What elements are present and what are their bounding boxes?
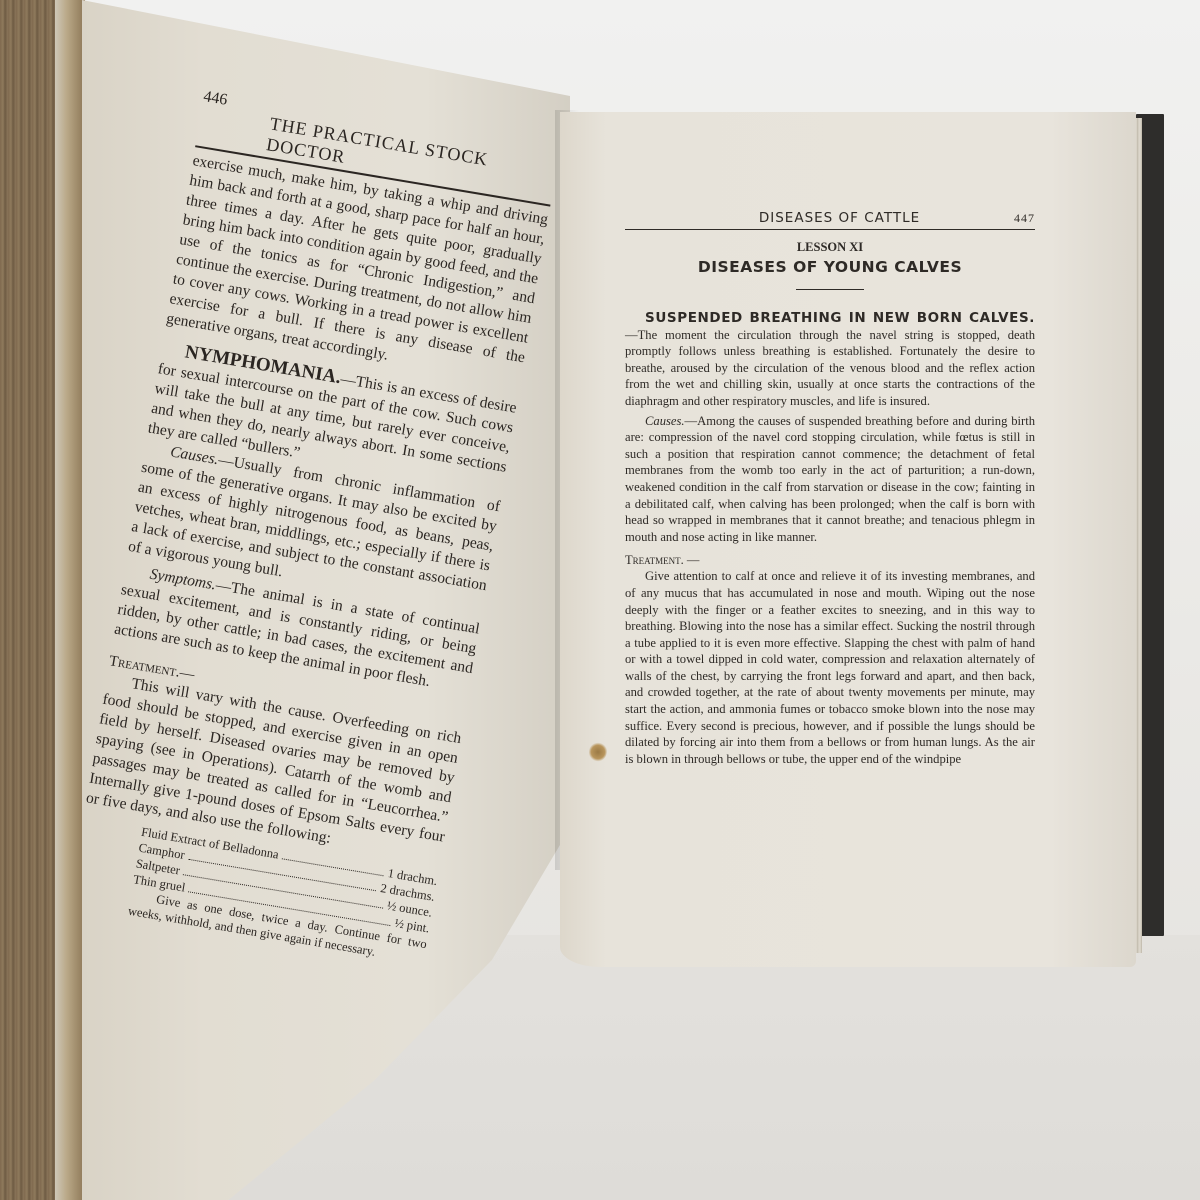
chapter-rule	[796, 289, 864, 290]
chapter-title: DISEASES OF YOUNG CALVES	[625, 258, 1035, 276]
treatment-label: Treatment. —	[625, 553, 1035, 568]
right-header: DISEASES OF CATTLE 447	[625, 210, 1035, 226]
right-running-head: DISEASES OF CATTLE	[625, 210, 1014, 226]
right-page-number: 447	[1014, 211, 1035, 226]
right-page-text: DISEASES OF CATTLE 447 LESSON XI DISEASE…	[625, 210, 1035, 767]
treatment-paragraph: Give attention to calf at once and relie…	[625, 568, 1035, 767]
lesson-label: LESSON XI	[625, 240, 1035, 255]
causes-paragraph: Causes.—Among the causes of suspended br…	[625, 413, 1035, 546]
header-rule	[625, 229, 1035, 230]
causes-label: Causes.	[645, 414, 685, 428]
section-intro: —The moment the circulation through the …	[625, 328, 1035, 408]
suspended-breathing-paragraph: SUSPENDED BREATHING IN NEW BORN CALVES.—…	[625, 310, 1035, 410]
section-title: SUSPENDED BREATHING IN NEW BORN CALVES.	[645, 310, 1035, 326]
left-cover-edge	[55, 0, 85, 1200]
causes-text: —Among the causes of suspended breathing…	[625, 414, 1035, 544]
